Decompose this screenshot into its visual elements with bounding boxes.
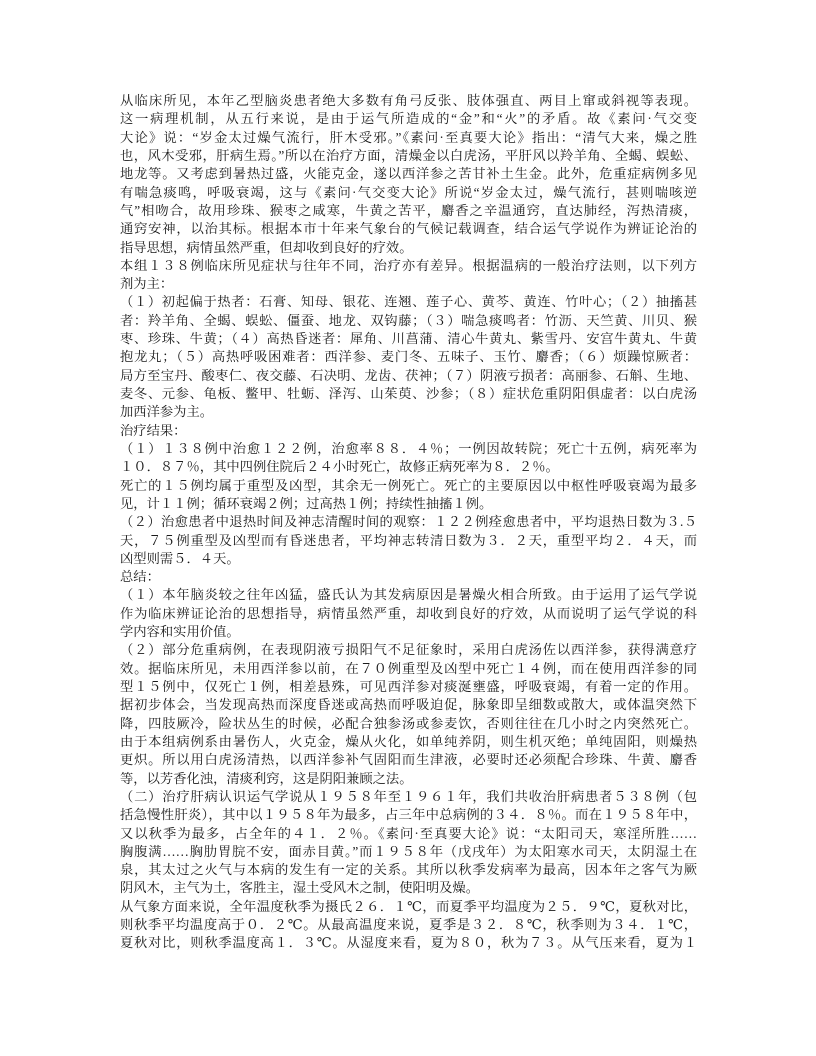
text-line: 效。据临床所见，未用西洋参以前，在７０例重型及凶型中死亡１４例，而在使用西洋参的… <box>120 660 697 678</box>
text-line: （１）初起偏于热者：石膏、知母、银花、连翘、莲子心、黄芩、黄连、竹叶心；（２）抽… <box>120 293 697 311</box>
text-line: 治疗结果： <box>120 422 697 440</box>
text-line: 有喘急痰鸣，呼吸衰竭，这与《素问·气交变大论》所说“岁金太过，燥气流行，甚则喘咳… <box>120 184 697 202</box>
text-line: 又以秋季为最多，占全年的４１．２％。《素问·至真要大论》说：“太阳司天，寒淫所胜… <box>120 825 697 843</box>
text-line: 这一病理机制，从五行来说，是由于运气所造成的“金”和“火”的矛盾。故《素问·气交… <box>120 110 697 128</box>
text-line: 加西洋参为主。 <box>120 403 697 421</box>
text-line: １０．８７％，其中四例住院后２４小时死亡，故修正病死率为８．２％。 <box>120 458 697 476</box>
text-line: 枣、珍珠、牛黄；（４）高热昏迷者：犀角、川菖蒲、清心牛黄丸、紫雪丹、安宫牛黄丸、… <box>120 330 697 348</box>
text-line: 凶型则需５．４天。 <box>120 550 697 568</box>
text-line: 阴风木，主气为土，客胜主，湿土受风木之制，使阳明及燥。 <box>120 879 697 897</box>
text-line: 更炽。所以用白虎汤清热，以西洋参补气固阳而生津液，必要时还必须配合珍珠、牛黄、麝… <box>120 751 697 769</box>
text-line: 也，风木受邪，肝病生焉。”所以在治疗方面，清燥金以白虎汤，平肝风以羚羊角、全蝎、… <box>120 147 697 165</box>
document-page: 从临床所见，本年乙型脑炎患者绝大多数有角弓反张、肢体强直、两目上窜或斜视等表现。… <box>0 0 816 1056</box>
text-line: 麦冬、元参、龟板、鳖甲、牡蛎、泽泻、山茱萸、沙参；（８）症状危重阴阳俱虚者：以白… <box>120 385 697 403</box>
text-line: 抱龙丸；（５）高热呼吸困难者：西洋参、麦门冬、五味子、玉竹、麝香；（６）烦躁惊厥… <box>120 348 697 366</box>
text-line: 学内容和实用价值。 <box>120 623 697 641</box>
text-line: 则秋季平均温度高于０．２℃。从最高温度来说，夏季是３２．８℃，秋季则为３４．１℃… <box>120 916 697 934</box>
text-line: 天，７５例重型及凶型而有昏迷患者，平均神志转清日数为３．２天，重型平均２．４天，… <box>120 532 697 550</box>
text-line: （１）１３８例中治愈１２２例，治愈率８８．４％；一例因故转院；死亡十五例，病死率… <box>120 440 697 458</box>
text-line: 由于本组病例系由暑伤人，火克金，燥从火化，如单纯养阴，则生机灭绝；单纯固阳，则燥… <box>120 733 697 751</box>
text-line: 夏秋对比，则秋季温度高１．３℃。从湿度来看，夏为８０，秋为７３。从气压来看，夏为… <box>120 934 697 952</box>
text-line: 见，计１１例；循环衰竭２例；过高热１例；持续性抽搐１例。 <box>120 495 697 513</box>
text-line: （１）本年脑炎较之往年凶猛，盛氏认为其发病原因是暑燥火相合所致。由于运用了运气学… <box>120 586 697 604</box>
text-line: 据初步体会，当发现高热而深度昏迷或高热而呼吸迫促，脉象即呈细数或散大，或体温突然… <box>120 696 697 714</box>
text-line: 等，以芳香化浊，清痰利窍，这是阴阳兼顾之法。 <box>120 770 697 788</box>
text-line: 型１５例中，仅死亡１例，相差悬殊，可见西洋参对痰涎壅盛，呼吸衰竭，有着一定的作用… <box>120 678 697 696</box>
text-line: （２）治愈患者中退热时间及神志清醒时间的观察：１２２例痊愈患者中，平均退热日数为… <box>120 513 697 531</box>
text-line: 剂为主： <box>120 275 697 293</box>
text-line: 本组１３８例临床所见症状与往年不同，治疗亦有差异。根据温病的一般治疗法则，以下列… <box>120 257 697 275</box>
text-line: 局方至宝丹、酸枣仁、夜交藤、石决明、龙齿、茯神；（７）阴液亏损者：高丽参、石斛、… <box>120 367 697 385</box>
text-line: 地龙等。又考虑到暑热过盛，火能克金，遂以西洋参之苦甘补土生金。此外，危重症病例多… <box>120 165 697 183</box>
text-line: 指导思想，病情虽然严重，但却收到良好的疗效。 <box>120 239 697 257</box>
text-line: （２）部分危重病例，在表现阴液亏损阳气不足征象时，采用白虎汤佐以西洋参，获得满意… <box>120 641 697 659</box>
text-line: 死亡的１５例均属于重型及凶型，其余无一例死亡。死亡的主要原因以中枢性呼吸衰竭为最… <box>120 477 697 495</box>
text-line: 胸腹满……胸肋胃脘不安，面赤目黄。”而１９５８年（戊戌年）为太阳寒水司天，太阴湿… <box>120 843 697 861</box>
text-line: 降，四肢厥冷，险状丛生的时候，必配合独参汤或参麦饮，否则往往在几小时之内突然死亡… <box>120 715 697 733</box>
text-line: 总结： <box>120 568 697 586</box>
text-line: 者：羚羊角、全蝎、蜈蚣、僵蚕、地龙、双钩藤；（３）喘急痰鸣者：竹沥、天竺黄、川贝… <box>120 312 697 330</box>
text-line: 作为临床辨证论治的思想指导，病情虽然严重，却收到良好的疗效，从而说明了运气学说的… <box>120 605 697 623</box>
text-line: 泉，其太过之火气与本病的发生有一定的关系。其所以秋季发病率为最高，因本年之客气为… <box>120 861 697 879</box>
text-line: 从临床所见，本年乙型脑炎患者绝大多数有角弓反张、肢体强直、两目上窜或斜视等表现。 <box>120 92 697 110</box>
text-line: 大论》说：“岁金太过燥气流行，肝木受邪。”《素问·至真要大论》指出：“清气大来，… <box>120 129 697 147</box>
text-line: 通窍安神，以治其标。根据本市十年来气象台的气候记载调查，结合运气学说作为辨证论治… <box>120 220 697 238</box>
text-line: 从气象方面来说，全年温度秋季为摄氏２６．１℃，而夏季平均温度为２５．９℃，夏秋对… <box>120 898 697 916</box>
text-line: 气”相吻合，故用珍珠、猴枣之咸寒，牛黄之苦平，麝香之辛温通窍，直达肺经，泻热清痰… <box>120 202 697 220</box>
document-text-block: 从临床所见，本年乙型脑炎患者绝大多数有角弓反张、肢体强直、两目上窜或斜视等表现。… <box>120 92 697 953</box>
text-line: （二）治疗肝病认识运气学说从１９５８年至１９６１年，我们共收治肝病患者５３８例（… <box>120 788 697 806</box>
text-line: 括急慢性肝炎），其中以１９５８年为最多，占三年中总病例的３４．８％。而在１９５８… <box>120 806 697 824</box>
